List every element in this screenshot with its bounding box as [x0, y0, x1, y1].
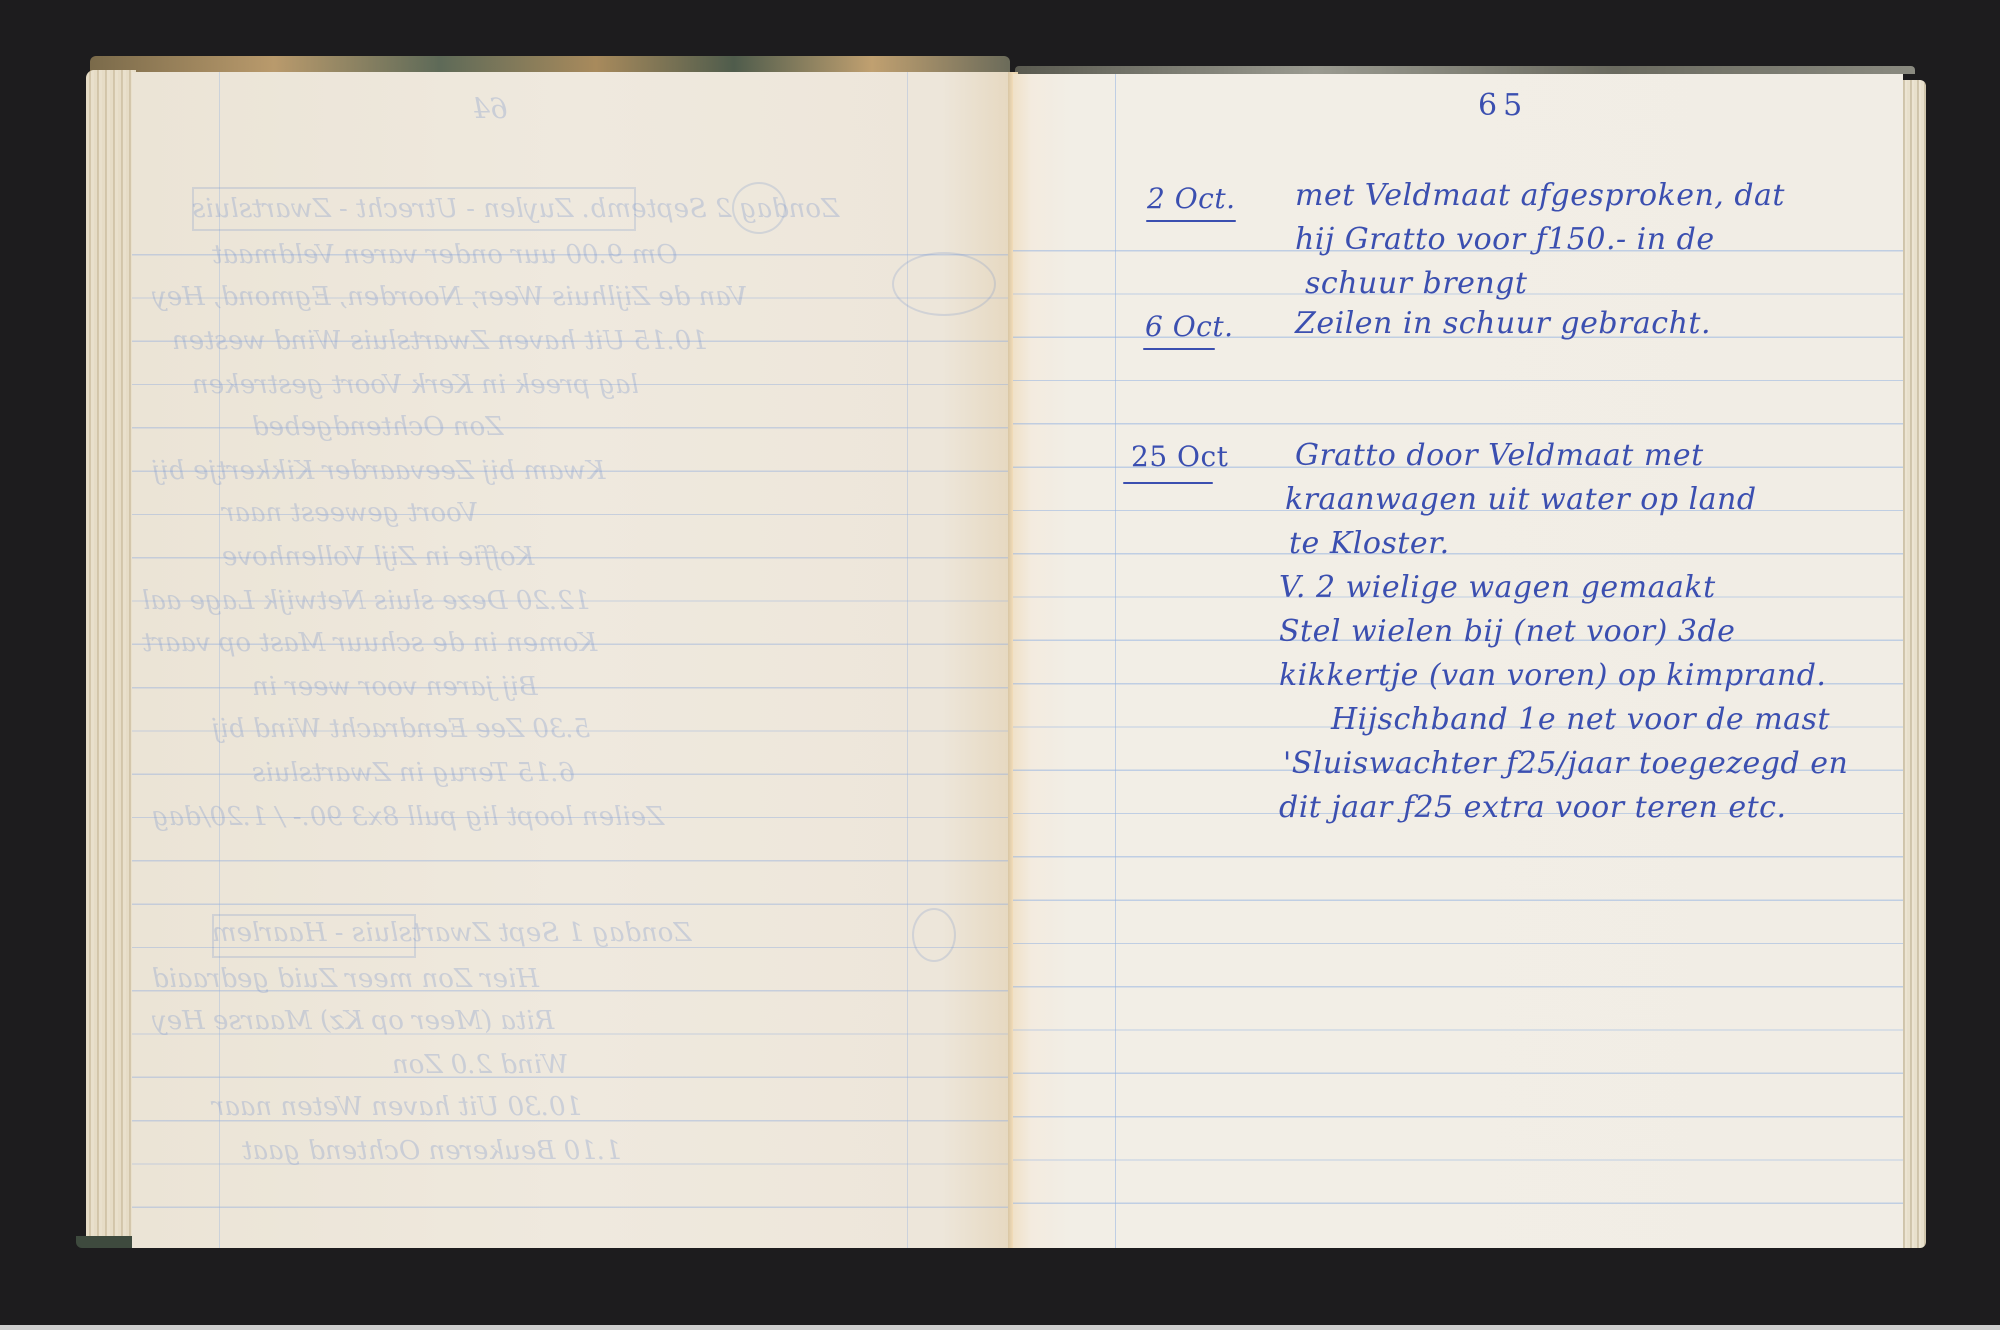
ghost-line: Rita (Meer op Kz) Maarse Hey [152, 1006, 554, 1036]
entry-line: Stel wielen bij (net voor) 3de [1279, 614, 1735, 649]
ghost-page-number: 64 [472, 92, 508, 125]
entry-date: 25 Oct [1131, 440, 1228, 473]
ghost-line: Zondag 1 Sept Zwartsluis - Haarlem [212, 918, 691, 948]
book-cover-bottom-corner [76, 1236, 136, 1248]
ghost-line: Wind 2.0 Zon [392, 1050, 568, 1080]
ghost-line: Van de Zijlhuis Weer, Noorden, Egmond, H… [152, 282, 747, 312]
entry-date: 6 Oct. [1145, 310, 1234, 343]
ghost-line: 12.20 Deze sluis Netwijk Lage aal [142, 586, 590, 616]
ghost-line: Koffie in Zijl Vollenhove [222, 542, 534, 572]
date-underline [1146, 220, 1236, 222]
ghost-line: Zeilen loopt lig pull 8x3 90.- / 1.20/da… [152, 802, 664, 832]
entry-line: kraanwagen uit water op land [1285, 482, 1757, 517]
ghost-circle-marker [912, 908, 956, 962]
ghost-line: 10.15 Uit haven Zwartsluis Wind westen [172, 326, 708, 356]
ghost-line: Zondag 2 Septemb. Zuylen - Utrecht - Zwa… [192, 194, 839, 224]
margin-line-right [907, 72, 908, 1248]
scan-border [0, 1325, 2000, 1330]
ghost-line: Om 9.00 uur onder varen Veldmaat [212, 240, 678, 270]
page-stack-left [86, 70, 136, 1248]
ghost-line: Zon Ochtendgebed [252, 412, 503, 442]
ghost-line: Komen in de schuur Mast op vaart [142, 628, 597, 658]
entry-line: Gratto door Veldmaat met [1295, 438, 1704, 473]
ghost-line: lag preek in Kerk Voort gestreken [192, 370, 639, 400]
entry-line: met Veldmaat afgesproken, dat [1295, 178, 1785, 213]
right-page: 65 2 Oct. met Veldmaat afgesproken, dat … [1013, 74, 1903, 1248]
left-page: 64 Zondag 2 Septemb. Zuylen - Utrecht - … [132, 72, 1012, 1248]
ghost-line: Hier Zon meer Zuid gedraaid [152, 964, 539, 994]
page-stack-right [1900, 80, 1926, 1248]
entry-line: 'Sluiswachter ƒ25/jaar toegezegd en [1283, 746, 1848, 781]
entry-line: dit jaar ƒ25 extra voor teren etc. [1279, 790, 1787, 825]
entry-line: schuur brengt [1305, 266, 1527, 301]
ghost-line: Voort geweest naar [222, 498, 478, 528]
date-underline [1123, 482, 1213, 484]
book-cover-top-edge-right [1015, 66, 1915, 74]
entry-line: V. 2 wielige wagen gemaakt [1279, 570, 1716, 605]
ghost-line: Kwam bij Zeevaarder Kikkertje bij [152, 456, 605, 486]
page-number: 65 [1478, 88, 1528, 123]
entry-line: kikkertje (van voren) op kimprand. [1279, 658, 1826, 693]
ghost-line: 1.10 Beukeren Ochtend gaat [242, 1136, 622, 1166]
entry-line: te Kloster. [1289, 526, 1450, 561]
ghost-line: 5.30 Zee Eendracht Wind bij [212, 714, 590, 744]
book-cover-top-edge-left [90, 56, 1010, 72]
ghost-line: 6.15 Terug in Zwartsluis [252, 758, 575, 788]
date-underline [1143, 348, 1215, 350]
margin-line [1115, 74, 1116, 1248]
ghost-circle-marker [892, 252, 996, 316]
ghost-line: 10.30 Uit haven Weten naar [212, 1092, 582, 1122]
entry-line: hij Gratto voor ƒ150.- in de [1295, 222, 1715, 257]
entry-line: Hijschband 1e net voor de mast [1331, 702, 1830, 737]
entry-date: 2 Oct. [1147, 182, 1236, 215]
ghost-line: Bij jaren voor weer in [252, 672, 538, 702]
entry-line: Zeilen in schuur gebracht. [1295, 306, 1711, 341]
